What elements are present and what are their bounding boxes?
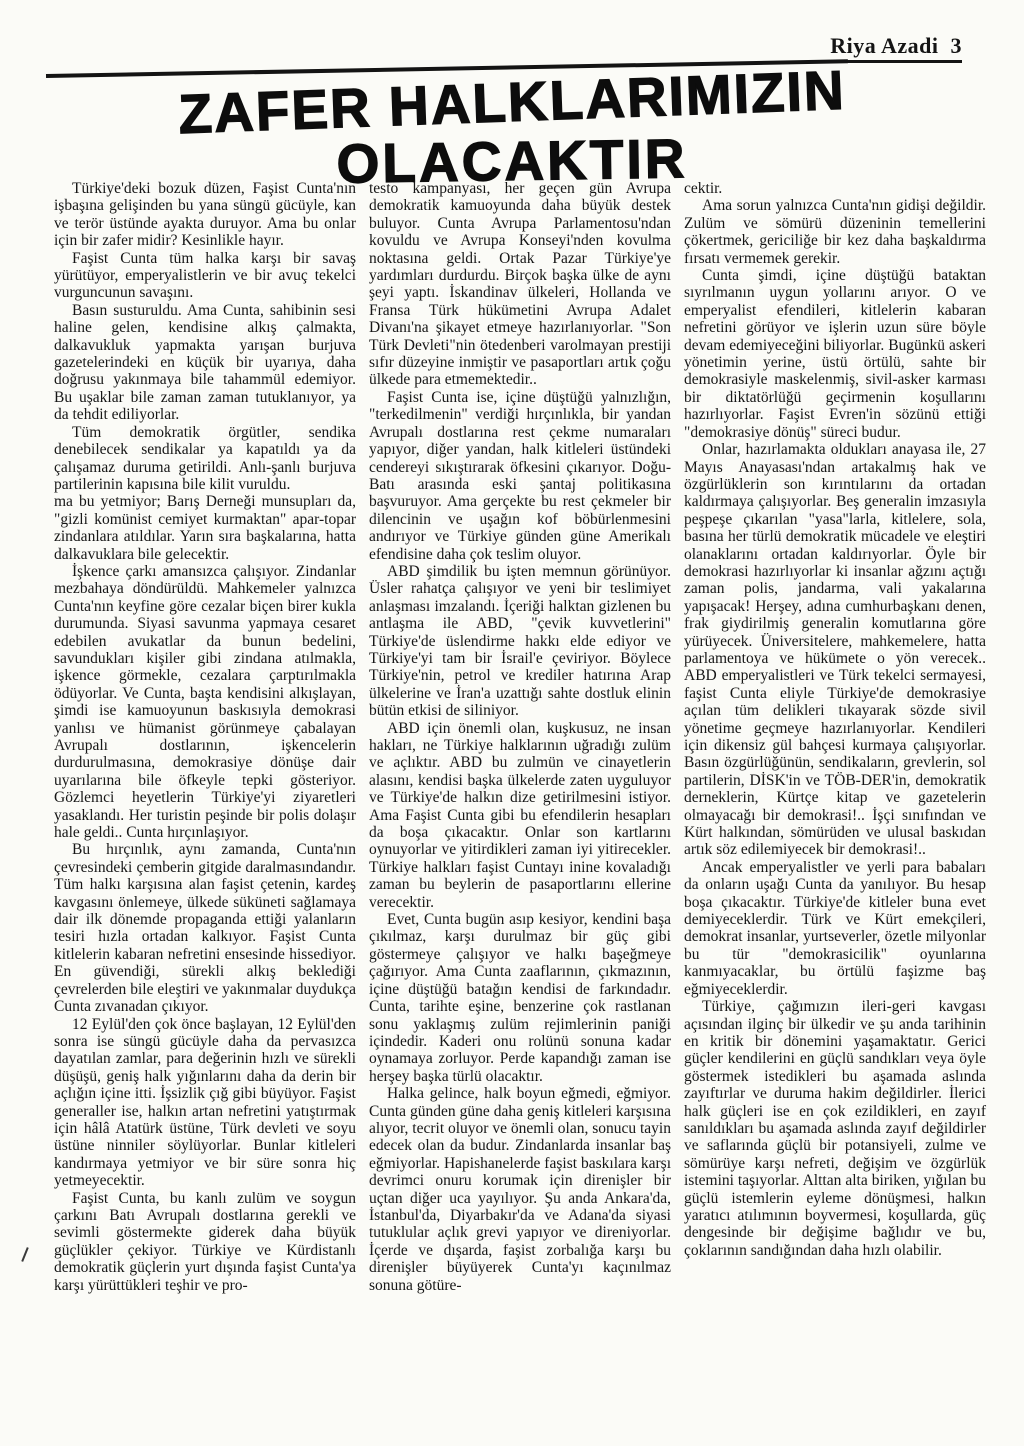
- masthead-title: Riya Azadi: [830, 33, 938, 58]
- paragraph: ABD için önemli olan, kuşkusuz, ne insan…: [369, 720, 671, 911]
- paragraph: Basın susturuldu. Ama Cunta, sahibinin s…: [54, 302, 356, 424]
- paragraph: Faşist Cunta tüm halka karşı bir savaş y…: [54, 250, 356, 302]
- paragraph: İşkence çarkı amansızca çalışıyor. Zinda…: [54, 563, 356, 842]
- paragraph: Evet, Cunta bugün asıp kesiyor, kendini …: [369, 911, 671, 1085]
- article-column-3: cektir.Ama sorun yalnızca Cunta'nın gidi…: [684, 180, 986, 1294]
- paragraph: Türkiye, çağımızın ileri-geri kavgası aç…: [684, 998, 986, 1259]
- article-columns: Türkiye'deki bozuk düzen, Faşist Cunta'n…: [54, 180, 986, 1294]
- scan-artifact-mark: [21, 1247, 28, 1262]
- paragraph: Cunta şimdi, içine düştüğü bataktan sıyr…: [684, 267, 986, 441]
- paragraph: Türkiye'deki bozuk düzen, Faşist Cunta'n…: [54, 180, 356, 250]
- page-number: 3: [951, 33, 963, 58]
- article-column-2: testo kampanyası, her geçen gün Avrupa d…: [369, 180, 671, 1294]
- article-headline: ZAFER HALKLARIMIZIN OLACAKTIR: [0, 74, 1024, 189]
- paragraph: Faşist Cunta ise, içine düştüğü yalnızlı…: [369, 389, 671, 563]
- paragraph: Halka gelince, halk boyun eğmedi, eğmiyo…: [369, 1085, 671, 1294]
- paragraph: Bu hırçınlık, aynı zamanda, Cunta'nın çe…: [54, 841, 356, 1015]
- newspaper-page: Riya Azadi3 ZAFER HALKLARIMIZIN OLACAKTI…: [0, 0, 1024, 1446]
- paragraph: ma bu yetmiyor; Barış Derneği munsupları…: [54, 493, 356, 563]
- paragraph: Tüm demokratik örgütler, sendika denebil…: [54, 424, 356, 494]
- paragraph: ABD şimdilik bu işten memnun görünüyor. …: [369, 563, 671, 720]
- paragraph: Faşist Cunta, bu kanlı zulüm ve soygun ç…: [54, 1190, 356, 1294]
- paragraph: 12 Eylül'den çok önce başlayan, 12 Eylül…: [54, 1016, 356, 1190]
- paragraph: testo kampanyası, her geçen gün Avrupa d…: [369, 180, 671, 389]
- masthead: Riya Azadi3: [830, 33, 962, 59]
- paragraph: Ama sorun yalnızca Cunta'nın gidişi deği…: [684, 197, 986, 267]
- paragraph: Ancak emperyalistler ve yerli para babal…: [684, 859, 986, 998]
- paragraph: Onlar, hazırlamakta oldukları anayasa il…: [684, 441, 986, 859]
- paragraph: cektir.: [684, 180, 986, 197]
- article-column-1: Türkiye'deki bozuk düzen, Faşist Cunta'n…: [54, 180, 356, 1294]
